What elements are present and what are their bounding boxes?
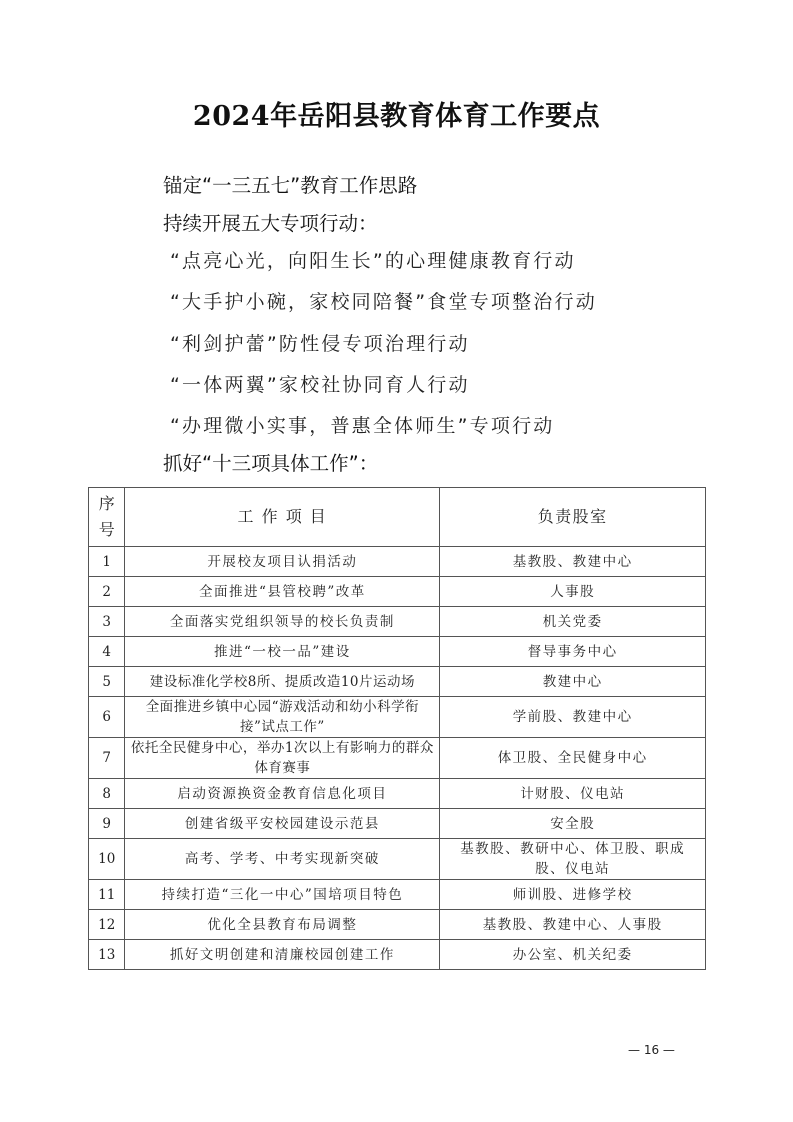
action-item-1: “点亮心光，向阳生长”的心理健康教育行动 — [170, 246, 576, 273]
row-department: 督导事务中心 — [440, 637, 706, 667]
row-number: 12 — [89, 910, 125, 940]
document-title: 2024年岳阳县教育体育工作要点 — [0, 94, 793, 133]
row-number: 4 — [89, 637, 125, 667]
row-number: 7 — [89, 738, 125, 779]
row-task: 依托全民健身中心，举办1次以上有影响力的群众体育赛事 — [125, 738, 440, 779]
action-item-5: “办理微小实事，普惠全体师生”专项行动 — [170, 411, 555, 438]
row-task: 推进“一校一品”建设 — [125, 637, 440, 667]
row-task: 持续打造“三化一中心”国培项目特色 — [125, 880, 440, 910]
row-number: 10 — [89, 839, 125, 880]
row-number: 6 — [89, 697, 125, 738]
row-task: 全面落实党组织领导的校长负责制 — [125, 607, 440, 637]
tasks-table: 序 号 工 作 项 目 负责股室 1 开展校友项目认捐活动 基教股、教建中心 2… — [88, 487, 706, 970]
row-number: 8 — [89, 779, 125, 809]
table-row: 3 全面落实党组织领导的校长负责制 机关党委 — [89, 607, 706, 637]
row-department: 基教股、教建中心、人事股 — [440, 910, 706, 940]
header-department: 负责股室 — [440, 488, 706, 547]
table-row: 12 优化全县教育布局调整 基教股、教建中心、人事股 — [89, 910, 706, 940]
header-task: 工 作 项 目 — [125, 488, 440, 547]
page-number: — 16 — — [628, 1043, 675, 1057]
table-row: 4 推进“一校一品”建设 督导事务中心 — [89, 637, 706, 667]
row-number: 2 — [89, 577, 125, 607]
five-actions-heading: 持续开展五大专项行动： — [163, 208, 378, 236]
row-department: 机关党委 — [440, 607, 706, 637]
row-task: 全面推进“县管校聘”改革 — [125, 577, 440, 607]
row-department: 基教股、教研中心、体卫股、职成股、仪电站 — [440, 839, 706, 880]
table-row: 1 开展校友项目认捐活动 基教股、教建中心 — [89, 547, 706, 577]
row-task: 优化全县教育布局调整 — [125, 910, 440, 940]
row-task: 高考、学考、中考实现新突破 — [125, 839, 440, 880]
guiding-principle-heading: 锚定“一三五七”教育工作思路 — [163, 170, 417, 198]
row-task: 建设标准化学校8所、提质改造10片运动场 — [125, 667, 440, 697]
row-task: 创建省级平安校园建设示范县 — [125, 809, 440, 839]
action-item-2: “大手护小碗，家校同陪餐”食堂专项整治行动 — [170, 287, 597, 314]
row-number: 11 — [89, 880, 125, 910]
action-item-3: “利剑护蕾”防性侵专项治理行动 — [170, 329, 470, 356]
table-row: 11 持续打造“三化一中心”国培项目特色 师训股、进修学校 — [89, 880, 706, 910]
row-task: 开展校友项目认捐活动 — [125, 547, 440, 577]
header-serial-line2: 号 — [99, 520, 115, 539]
row-number: 9 — [89, 809, 125, 839]
row-department: 办公室、机关纪委 — [440, 940, 706, 970]
header-serial-number: 序 号 — [89, 488, 125, 547]
row-department: 教建中心 — [440, 667, 706, 697]
table-row: 10 高考、学考、中考实现新突破 基教股、教研中心、体卫股、职成股、仪电站 — [89, 839, 706, 880]
table-row: 5 建设标准化学校8所、提质改造10片运动场 教建中心 — [89, 667, 706, 697]
table-row: 2 全面推进“县管校聘”改革 人事股 — [89, 577, 706, 607]
table-header-row: 序 号 工 作 项 目 负责股室 — [89, 488, 706, 547]
thirteen-tasks-heading: 抓好“十三项具体工作”： — [163, 448, 378, 476]
row-department: 计财股、仪电站 — [440, 779, 706, 809]
row-number: 13 — [89, 940, 125, 970]
row-task: 抓好文明创建和清廉校园创建工作 — [125, 940, 440, 970]
table-row: 9 创建省级平安校园建设示范县 安全股 — [89, 809, 706, 839]
row-department: 学前股、教建中心 — [440, 697, 706, 738]
row-task: 全面推进乡镇中心园“游戏活动和幼小科学衔接”试点工作” — [125, 697, 440, 738]
row-task: 启动资源换资金教育信息化项目 — [125, 779, 440, 809]
row-department: 师训股、进修学校 — [440, 880, 706, 910]
row-department: 安全股 — [440, 809, 706, 839]
row-number: 3 — [89, 607, 125, 637]
row-department: 体卫股、全民健身中心 — [440, 738, 706, 779]
table-row: 6 全面推进乡镇中心园“游戏活动和幼小科学衔接”试点工作” 学前股、教建中心 — [89, 697, 706, 738]
row-department: 人事股 — [440, 577, 706, 607]
table-row: 8 启动资源换资金教育信息化项目 计财股、仪电站 — [89, 779, 706, 809]
row-department: 基教股、教建中心 — [440, 547, 706, 577]
row-number: 5 — [89, 667, 125, 697]
header-serial-line1: 序 — [99, 494, 115, 513]
row-number: 1 — [89, 547, 125, 577]
table-row: 7 依托全民健身中心，举办1次以上有影响力的群众体育赛事 体卫股、全民健身中心 — [89, 738, 706, 779]
table-row: 13 抓好文明创建和清廉校园创建工作 办公室、机关纪委 — [89, 940, 706, 970]
action-item-4: “一体两翼”家校社协同育人行动 — [170, 370, 470, 397]
